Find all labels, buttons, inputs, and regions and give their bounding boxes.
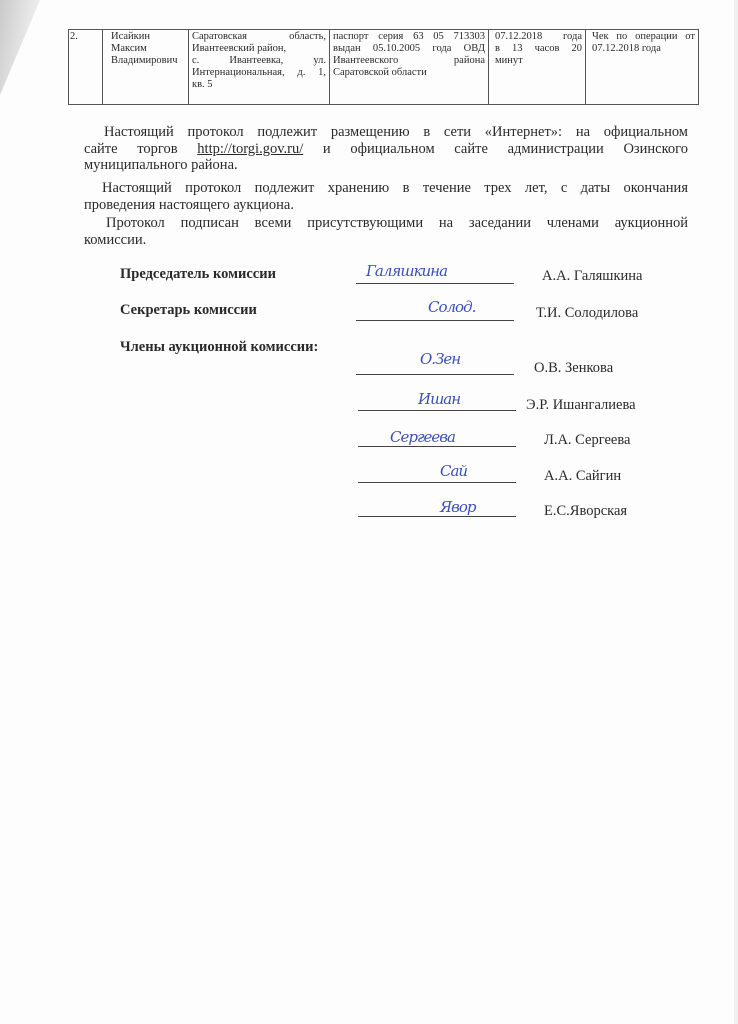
secretary-role: Секретарь комиссии — [120, 302, 257, 319]
secretary-name: Т.И. Солодилова — [536, 305, 638, 322]
member-name: Е.С.Яворская — [544, 503, 627, 520]
passport-line: Ивантеевского района — [333, 55, 485, 67]
paragraph-line: Настоящий протокол подлежит хранению в т… — [84, 180, 688, 197]
passport-line: Саратовской области — [333, 67, 485, 79]
address-line: с. Ивантеевка, ул. — [192, 55, 326, 67]
address-line: Интернациональная, д. 1, — [192, 67, 326, 79]
name-line: Владимирович — [111, 55, 185, 67]
address-line: кв. 5 — [192, 79, 326, 91]
datetime-line: минут — [495, 55, 582, 67]
signature-line — [356, 283, 514, 284]
members-label: Члены аукционной комиссии: — [120, 339, 318, 356]
member-name: О.В. Зенкова — [534, 360, 613, 377]
participants-table: 2. Исайкин Максим Владимирович Саратовск… — [68, 29, 699, 105]
text: сайте торгов — [84, 141, 178, 157]
paragraph-line: комиссии. — [84, 232, 688, 249]
member-signature: Ишан — [418, 390, 460, 408]
member-name: А.А. Сайгин — [544, 468, 621, 485]
application-datetime: 07.12.2018 года в 13 часов 20 минут — [489, 30, 586, 105]
signature-line — [358, 516, 516, 517]
participant-address: Саратовская область, Ивантеевский район,… — [189, 30, 330, 105]
signature-line — [358, 482, 516, 483]
paragraph-line: Протокол подписан всеми присутствующими … — [84, 215, 688, 232]
address-line: Саратовская область, — [192, 31, 326, 43]
scan-page-fold-shadow — [0, 0, 40, 95]
signature-line — [358, 446, 516, 447]
payment-line: 07.12.2018 года — [592, 43, 695, 55]
datetime-line: 07.12.2018 года — [495, 31, 582, 43]
signature-line — [358, 410, 516, 411]
paragraph-signed: Протокол подписан всеми присутствующими … — [84, 215, 688, 248]
address-line: Ивантеевский район, — [192, 43, 326, 55]
datetime-line: в 13 часов 20 — [495, 43, 582, 55]
chairman-signature: Галяшкина — [366, 262, 447, 280]
paragraph-line: муниципального района. — [84, 157, 688, 174]
member-signature: Сергеева — [390, 428, 455, 446]
torgi-link[interactable]: http://torgi.gov.ru/ — [197, 141, 303, 157]
row-number-text: 2. — [70, 31, 78, 42]
participant-passport: паспорт серия 63 05 713303 выдан 05.10.2… — [330, 30, 489, 105]
chairman-name: А.А. Галяшкина — [542, 268, 642, 285]
member-name: Э.Р. Ишангалиева — [526, 397, 636, 414]
signature-line — [356, 320, 514, 321]
member-name: Л.А. Сергеева — [544, 432, 630, 449]
signature-line — [356, 374, 514, 375]
payment-line: Чек по операции от — [592, 31, 695, 43]
member-signature: Сай — [440, 462, 467, 480]
paragraph-line: Настоящий протокол подлежит размещению в… — [84, 124, 688, 141]
participant-name: Исайкин Максим Владимирович — [103, 30, 189, 105]
name-line: Максим — [111, 43, 185, 55]
table-row: 2. Исайкин Максим Владимирович Саратовск… — [69, 30, 699, 105]
paragraph-line: сайте торгов http://torgi.gov.ru/ и офиц… — [84, 141, 688, 158]
paragraph-storage: Настоящий протокол подлежит хранению в т… — [84, 180, 688, 213]
member-signature: Явор — [440, 498, 475, 516]
passport-line: выдан 05.10.2005 года ОВД — [333, 43, 485, 55]
secretary-signature: Солод. — [428, 298, 475, 316]
chairman-role: Председатель комиссии — [120, 266, 276, 283]
passport-line: паспорт серия 63 05 713303 — [333, 31, 485, 43]
row-number: 2. — [69, 30, 103, 105]
name-line: Исайкин — [111, 31, 185, 43]
paragraph-publication: Настоящий протокол подлежит размещению в… — [84, 124, 688, 174]
text: и официальном сайте администрации Озинск… — [323, 141, 688, 157]
scan-edge — [734, 0, 738, 1024]
member-signature: О.Зен — [420, 350, 460, 368]
paragraph-line: проведения настоящего аукциона. — [84, 197, 688, 214]
payment-document: Чек по операции от 07.12.2018 года — [586, 30, 699, 105]
